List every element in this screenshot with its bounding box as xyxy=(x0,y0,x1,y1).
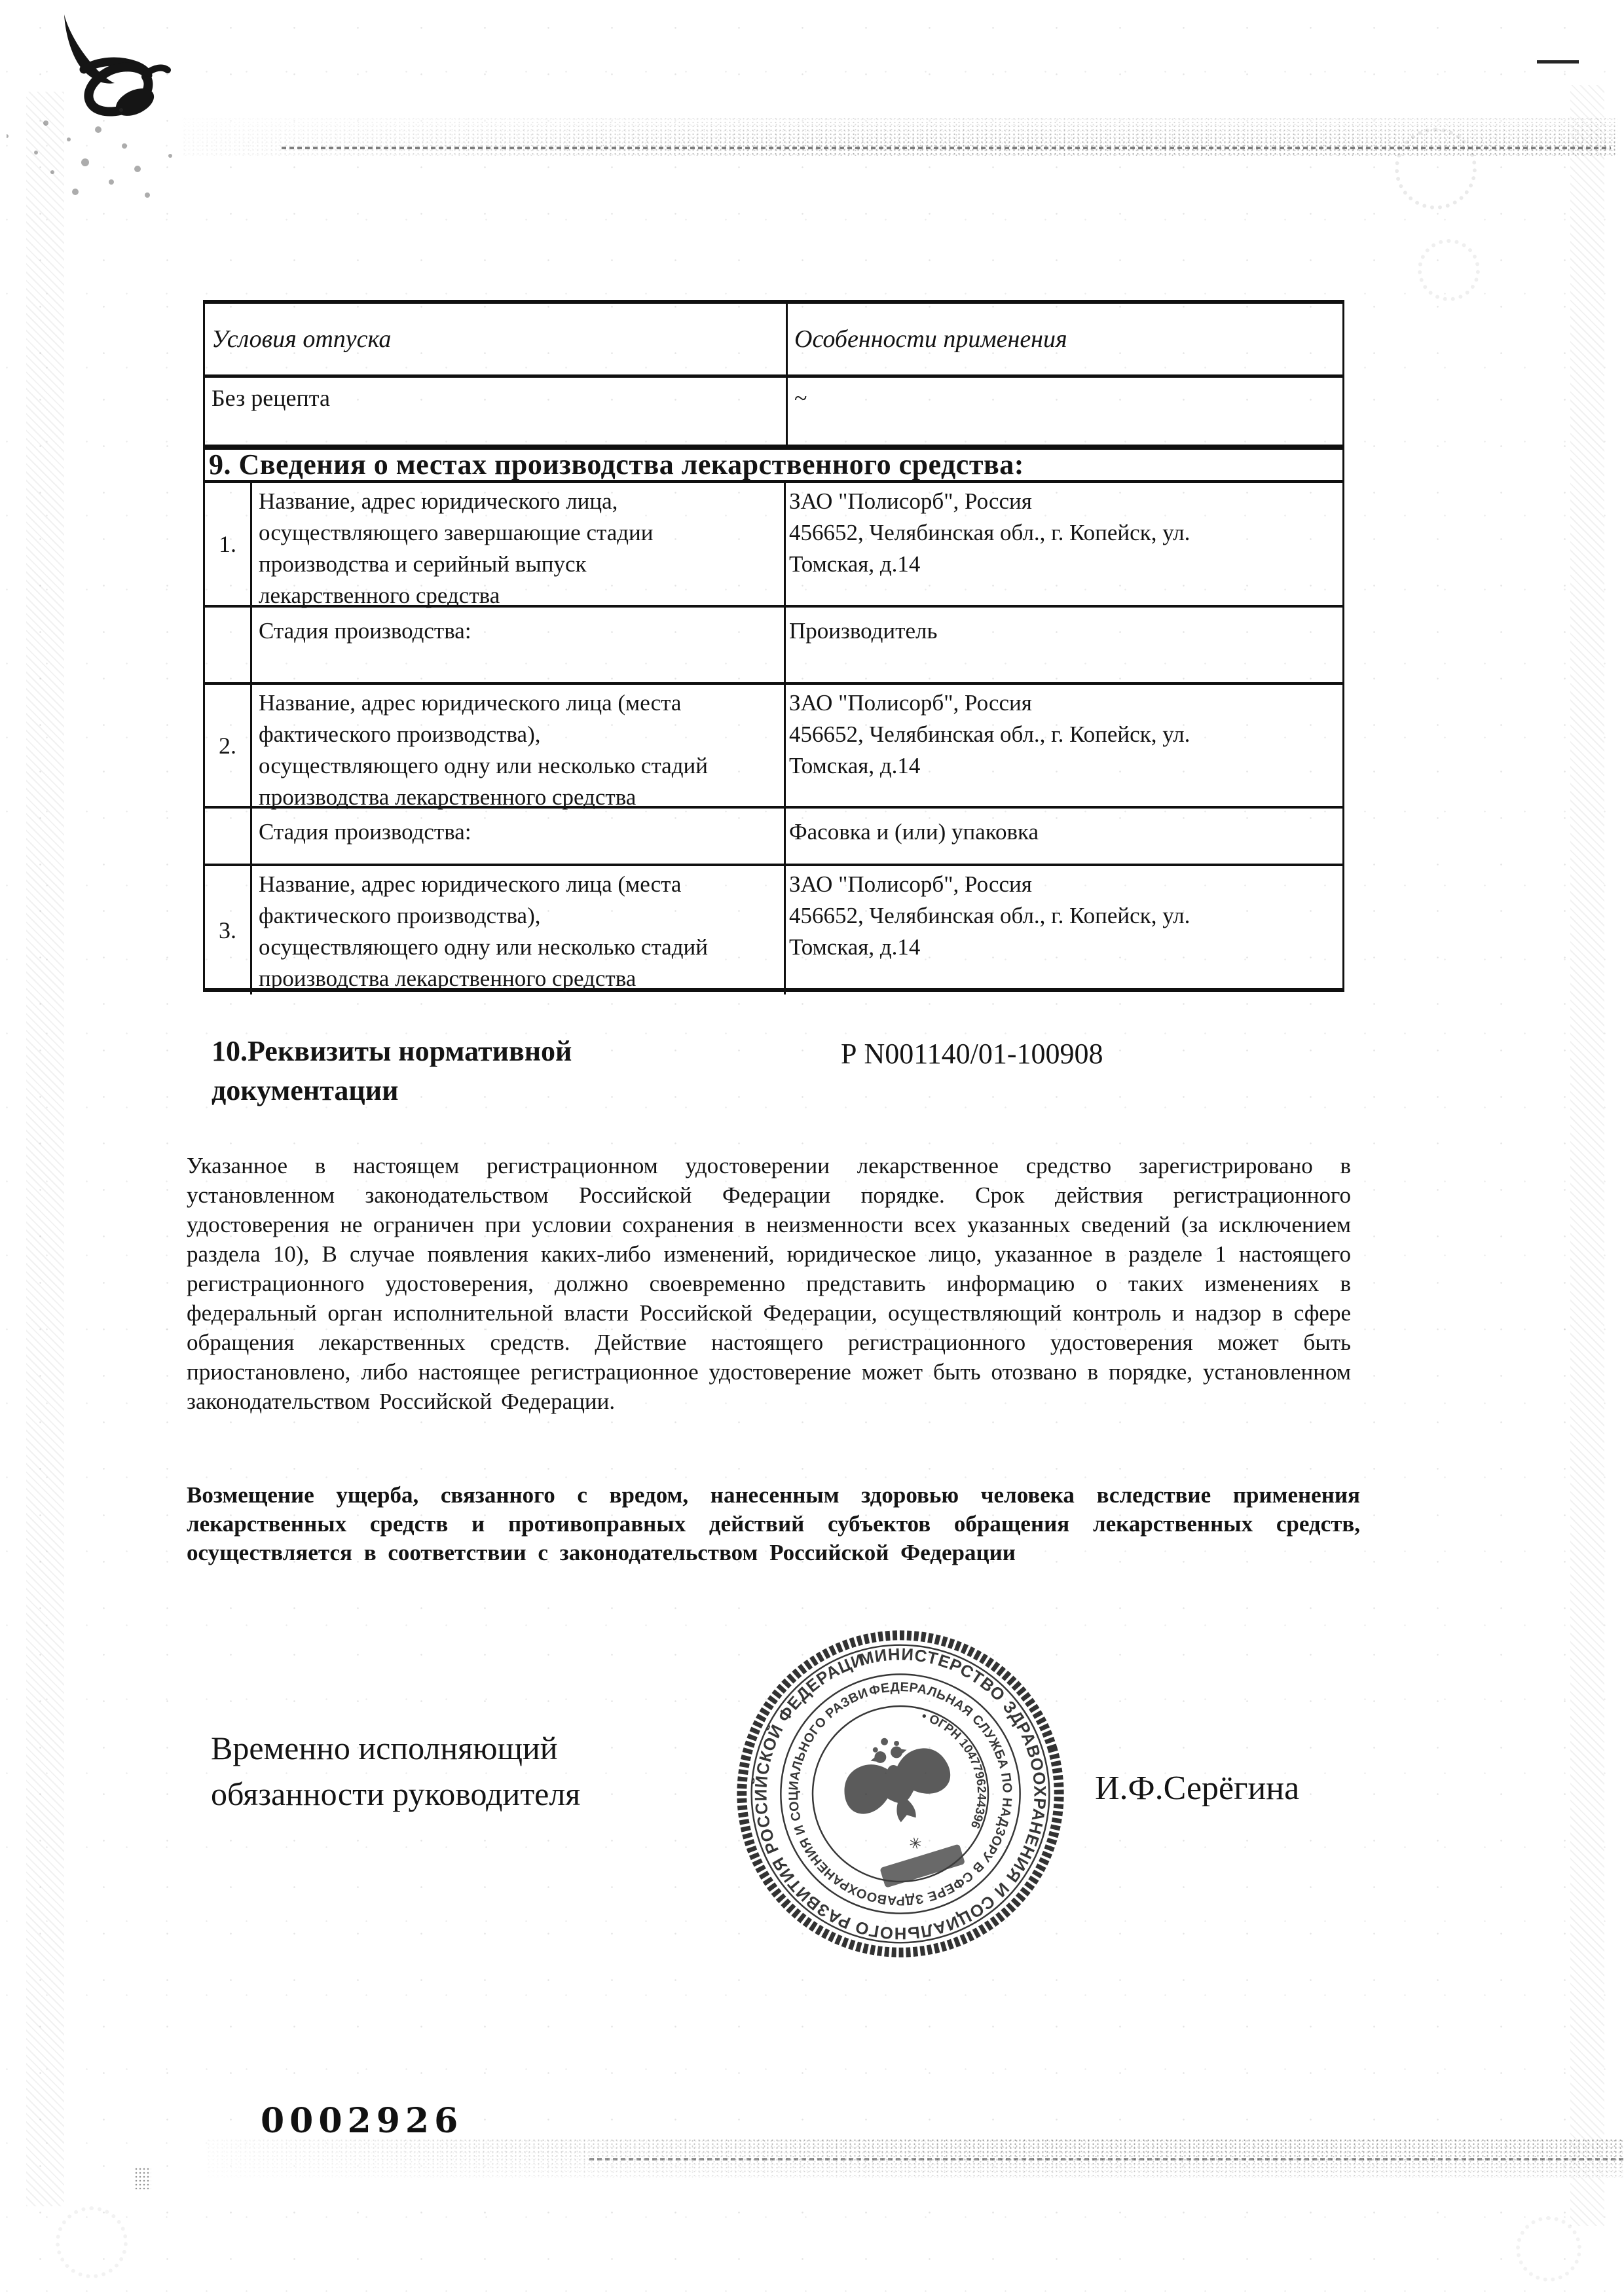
row-number xyxy=(205,809,252,866)
row-number xyxy=(205,608,252,685)
section10-title: 10.Реквизиты нормативной документации xyxy=(212,1032,572,1110)
production-sites-table: 1. Название, адрес юридического лица, ос… xyxy=(203,483,1344,992)
form-serial-number: 0002926 xyxy=(261,2101,463,2141)
stamp-star-icon: ✳ xyxy=(907,1834,925,1854)
right-edge-pattern xyxy=(1570,85,1604,2226)
scan-dash-mark xyxy=(1537,60,1579,64)
dispensing-conditions-value: Без рецепта xyxy=(205,378,788,445)
left-edge-pattern xyxy=(26,92,64,2206)
legal-paragraph: Указанное в настоящем регистрационном уд… xyxy=(187,1151,1351,1416)
row-value: ЗАО "Полисорб", Россия 456652, Челябинск… xyxy=(786,866,1342,994)
row-value: Фасовка и (или) упаковка xyxy=(786,809,1342,866)
section9-title: 9. Сведения о местах производства лекарс… xyxy=(203,446,1344,483)
compensation-paragraph: Возмещение ущерба, связанного с вредом, … xyxy=(187,1481,1360,1567)
row-number: 2. xyxy=(205,685,252,809)
row-number: 1. xyxy=(205,483,252,608)
row-number: 3. xyxy=(205,866,252,994)
scan-dotline-bottom xyxy=(589,2158,1624,2160)
application-features-header: Особенности применения xyxy=(794,325,1067,354)
rosette-ornament xyxy=(56,2206,128,2278)
scan-smudge xyxy=(134,2167,151,2189)
application-features-value: ~ xyxy=(788,378,1342,445)
row-value: Производитель xyxy=(786,608,1342,685)
rosette-ornament xyxy=(1516,2216,1581,2282)
signatory-title: Временно исполняющий обязанности руковод… xyxy=(211,1725,580,1817)
row-label: Название, адрес юридического лица (места… xyxy=(252,685,786,809)
dispensing-conditions-table: Условия отпуска Особенности применения Б… xyxy=(203,300,1344,446)
double-headed-eagle-icon xyxy=(832,1722,960,1836)
row-label: Название, адрес юридического лица (места… xyxy=(252,866,786,994)
row-label: Стадия производства: xyxy=(252,608,786,685)
row-value: ЗАО "Полисорб", Россия 456652, Челябинск… xyxy=(786,483,1342,608)
rosette-ornament xyxy=(1395,128,1477,210)
dispensing-conditions-header: Условия отпуска xyxy=(212,325,391,354)
table-header-cell: Условия отпуска xyxy=(205,304,788,378)
document-page: Условия отпуска Особенности применения Б… xyxy=(0,0,1624,2296)
row-value: ЗАО "Полисорб", Россия 456652, Челябинск… xyxy=(786,685,1342,809)
row-label: Стадия производства: xyxy=(252,809,786,866)
table-header-cell: Особенности применения xyxy=(788,304,1342,378)
registration-number: Р N001140/01-100908 xyxy=(841,1037,1103,1070)
row-label: Название, адрес юридического лица, осуще… xyxy=(252,483,786,608)
official-round-stamp: МИНИСТЕРСТВО ЗДРАВООХРАНЕНИЯ И СОЦИАЛЬНО… xyxy=(725,1618,1076,1969)
signatory-name: И.Ф.Серёгина xyxy=(1095,1769,1299,1808)
rosette-ornament xyxy=(1418,239,1480,301)
